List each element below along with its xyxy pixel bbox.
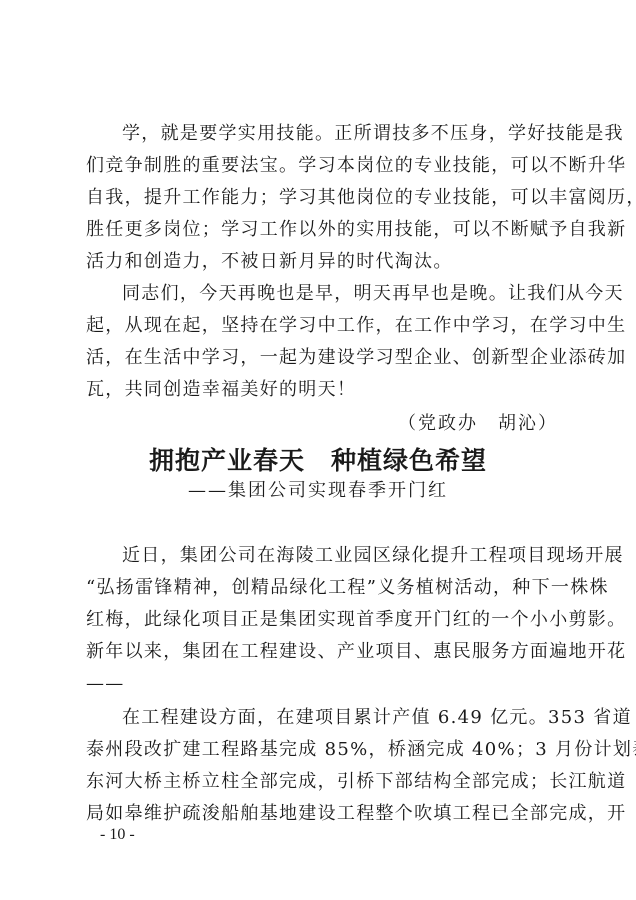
body-text-line: 同志们，今天再晚也是早，明天再早也是晚。让我们从今天 [122,284,556,304]
body-text-line: 泰州段改扩建工程路基完成 85%，桥涵完成 40%；3 月份计划泰 [86,740,556,760]
body-text-line: “弘扬雷锋精神，创精品绿化工程”义务植树活动，种下一株株 [86,578,556,598]
body-text-line: 活，在生活中学习，一起为建设学习型企业、创新型企业添砖加 [86,348,556,368]
article-subtitle: ——集团公司实现春季开门红 [0,480,636,502]
body-text-line: 红梅，此绿化项目正是集团实现首季度开门红的一个小小剪影。 [86,610,556,630]
body-text-line: 新年以来，集团在工程建设、产业项目、惠民服务方面遍地开花 [86,642,556,662]
body-text-line: 近日，集团公司在海陵工业园区绿化提升工程项目现场开展 [122,546,556,566]
body-text-line: 自我，提升工作能力；学习其他岗位的专业技能，可以丰富阅历， [86,188,556,208]
page-number: - 10 - [100,826,135,844]
body-text-line: 们竞争制胜的重要法宝。学习本岗位的专业技能，可以不断升华 [86,156,556,176]
body-text-line: 在工程建设方面，在建项目累计产值 6.49 亿元。353 省道 [122,708,556,728]
document-page: 学，就是要学实用技能。正所谓技多不压身，学好技能是我 们竞争制胜的重要法宝。学习… [0,0,636,900]
body-text-line: 瓦，共同创造幸福美好的明天！ [86,380,556,400]
body-text-line: 胜任更多岗位；学习工作以外的实用技能，可以不断赋予自我新 [86,220,556,240]
body-text-line: 学，就是要学实用技能。正所谓技多不压身，学好技能是我 [122,124,556,144]
body-text-line: —— [86,674,556,694]
article-title: 拥抱产业春天 种植绿色希望 [0,446,636,476]
body-text-line: 活力和创造力，不被日新月异的时代淘汰。 [86,252,556,272]
author-signature: （党政办 胡沁） [398,414,558,434]
body-text-line: 起，从现在起，坚持在学习中工作，在工作中学习，在学习中生 [86,316,556,336]
body-text-line: 东河大桥主桥立柱全部完成，引桥下部结构全部完成；长江航道 [86,772,556,792]
body-text-line: 局如皋维护疏浚船舶基地建设工程整个吹填工程已全部完成，开 [86,804,556,824]
